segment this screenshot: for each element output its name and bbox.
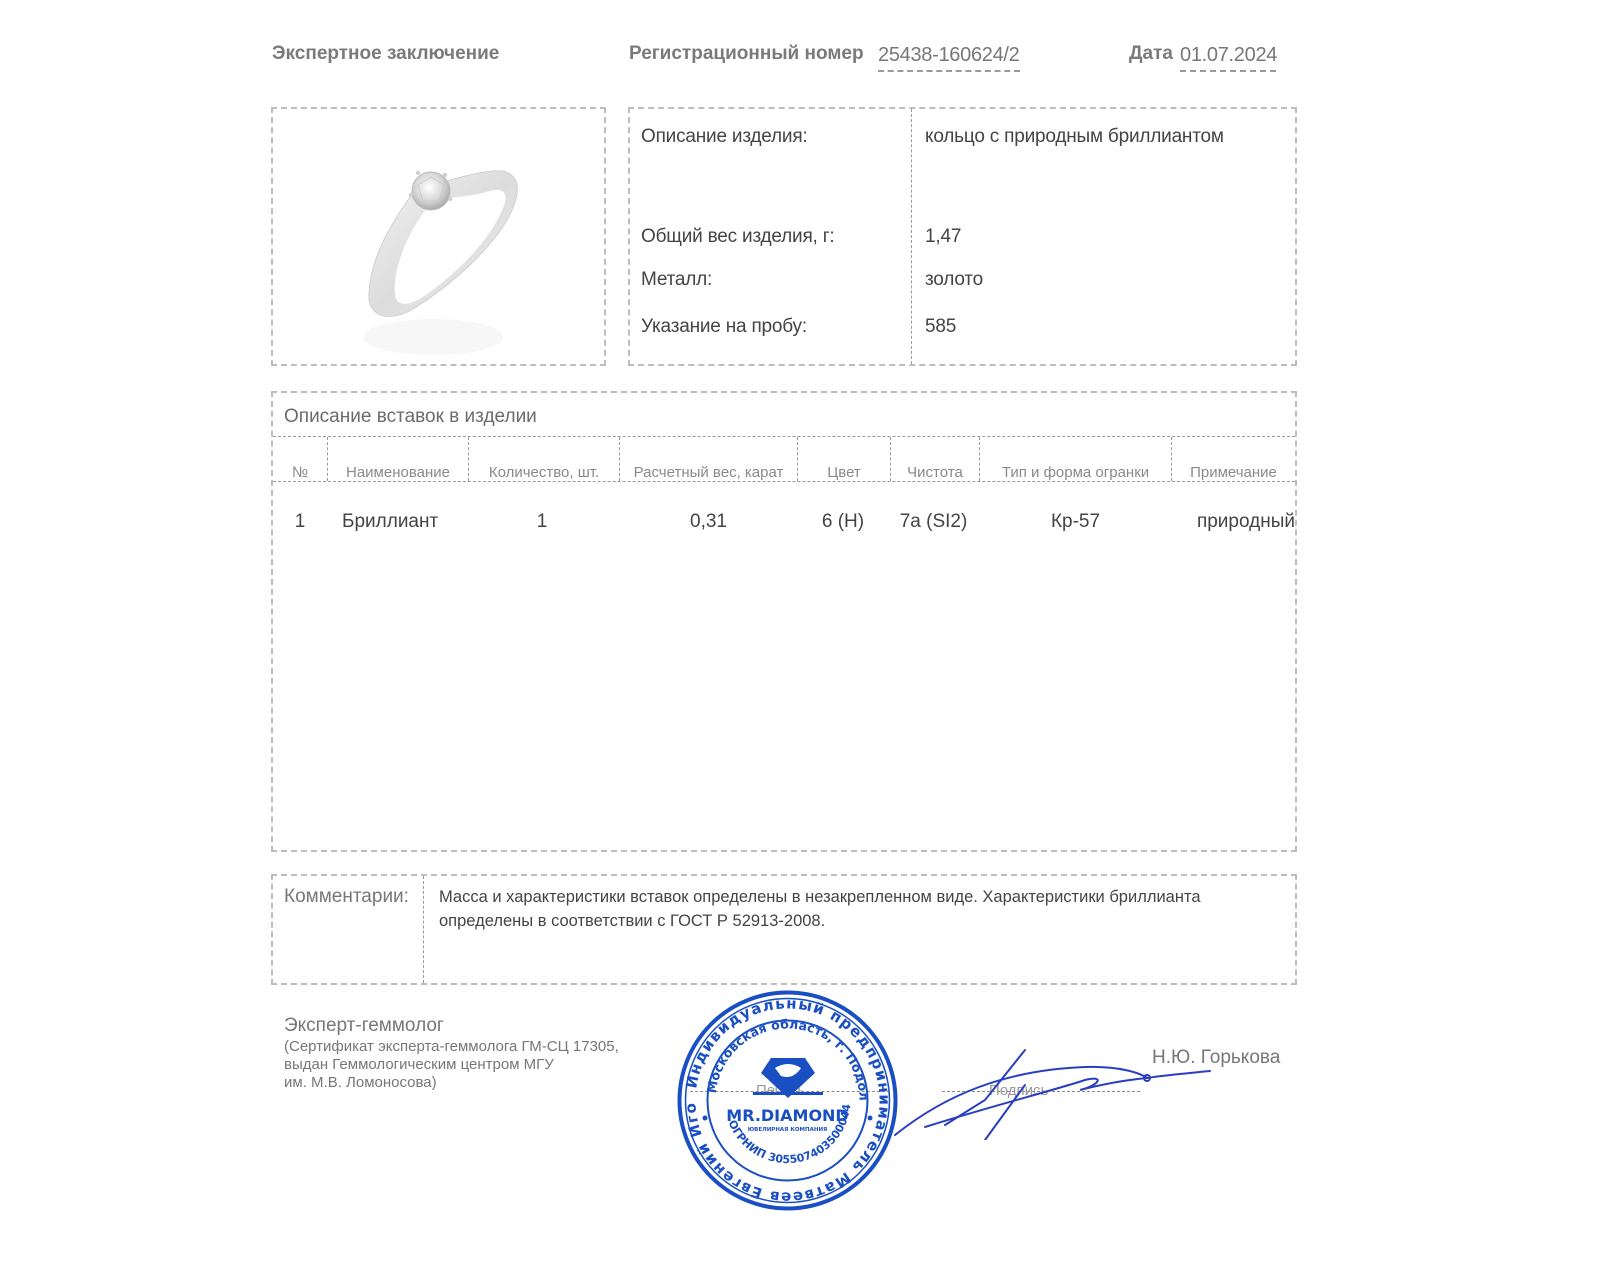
col-header-name: Наименование xyxy=(328,464,468,481)
date-label: Дата xyxy=(1129,43,1173,65)
stamp-brand: MR.DIAMOND xyxy=(726,1106,848,1125)
comments-line-2: определены в соответствии с ГОСТ Р 52913… xyxy=(439,909,825,933)
cell-quantity: 1 xyxy=(469,511,615,533)
expert-title: Эксперт-геммолог xyxy=(284,1015,444,1037)
weight-value: 1,47 xyxy=(925,226,961,248)
document-title: Экспертное заключение xyxy=(272,43,499,65)
header-bottom-line xyxy=(273,481,1295,482)
diamond-logo-icon xyxy=(753,1058,823,1098)
comments-divider xyxy=(423,876,424,983)
col-header-color: Цвет xyxy=(798,464,890,481)
ring-photo xyxy=(273,109,604,364)
cell-color: 6 (H) xyxy=(798,511,888,533)
expert-cert-line-3: им. М.В. Ломоносова) xyxy=(284,1074,437,1091)
expert-cert-line-1: (Сертификат эксперта-геммолога ГМ-СЦ 173… xyxy=(284,1038,619,1055)
reg-number-value: 25438-160624/2 xyxy=(878,44,1020,72)
weight-label: Общий вес изделия, г: xyxy=(641,226,835,248)
header-top-line xyxy=(273,436,1295,437)
cell-note: природный xyxy=(1172,511,1295,533)
cell-clarity: 7а (SI2) xyxy=(891,511,976,533)
date-value: 01.07.2024 xyxy=(1180,44,1276,72)
hallmark-value: 585 xyxy=(925,316,956,338)
col-header-note: Примечание xyxy=(1172,464,1295,481)
metal-label: Металл: xyxy=(641,269,712,291)
hallmark-label: Указание на пробу: xyxy=(641,316,807,338)
col-header-number: № xyxy=(273,464,327,481)
comments-label: Комментарии: xyxy=(284,886,409,908)
col-header-cut: Тип и форма огранки xyxy=(980,464,1171,481)
reg-number-label: Регистрационный номер xyxy=(629,43,864,65)
inserts-title: Описание вставок в изделии xyxy=(284,406,537,428)
col-header-weight: Расчетный вес, карат xyxy=(620,464,797,481)
expert-cert-line-2: выдан Геммологическим центром МГУ xyxy=(284,1056,554,1073)
comments-line-1: Масса и характеристики вставок определен… xyxy=(439,885,1201,909)
col-header-clarity: Чистота xyxy=(891,464,979,481)
description-divider xyxy=(911,109,912,364)
cell-name: Бриллиант xyxy=(342,511,438,533)
description-value: кольцо с природным бриллиантом xyxy=(925,126,1224,148)
inserts-table xyxy=(271,391,1297,852)
stamp-brand-sub: ЮВЕЛИРНАЯ КОМПАНИЯ xyxy=(748,1127,828,1133)
cell-number: 1 xyxy=(273,511,327,533)
handwritten-signature xyxy=(885,1045,1215,1140)
product-image-frame xyxy=(271,107,606,366)
metal-value: золото xyxy=(925,269,983,291)
cell-cut: Кр-57 xyxy=(980,511,1171,533)
company-stamp: Индивидуальный предприниматель Матвеев Е… xyxy=(675,988,900,1213)
cell-weight: 0,31 xyxy=(620,511,797,533)
description-label: Описание изделия: xyxy=(641,126,808,148)
col-header-quantity: Количество, шт. xyxy=(469,464,619,481)
